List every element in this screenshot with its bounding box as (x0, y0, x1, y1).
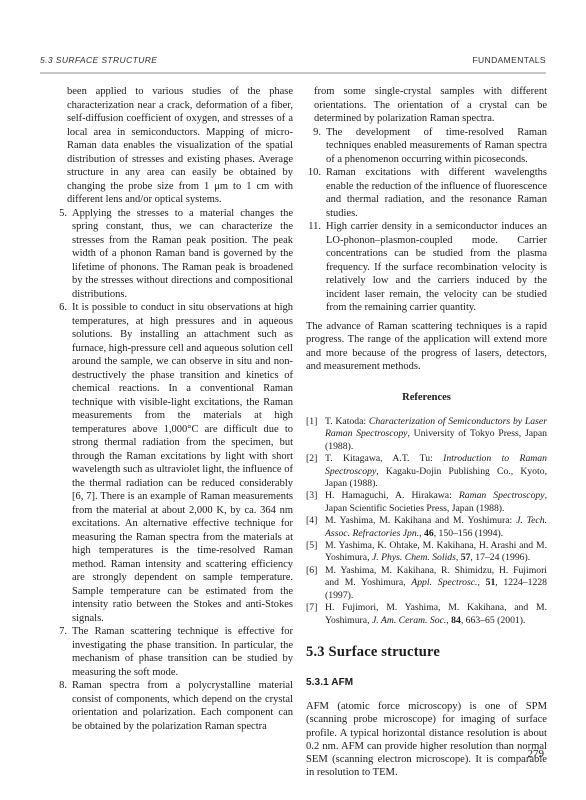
list-item-8: 8. Raman spectra from a polycrystalline … (55, 679, 293, 733)
reference-text: H. Fujimori, M. Yashima, M. Kakihana, an… (325, 602, 547, 627)
section-heading: 5.3 Surface structure (306, 646, 547, 660)
subsection-heading: 5.3.1 AFM (306, 676, 547, 690)
reference-text: T. Kitagawa, A.T. Tu: Introduction to Ra… (325, 453, 547, 490)
list-item-text: High carrier density in a semiconductor … (326, 220, 547, 315)
reference-text: M. Yashima, M. Kakihana and M. Yoshimura… (325, 515, 547, 540)
item8-continuation-paragraph: from some single-crystal samples with di… (314, 85, 547, 126)
list-item-text: The Raman scattering technique is effect… (72, 625, 293, 679)
reference-label: [3] (306, 490, 325, 515)
running-header: 5.3 SURFACE STRUCTURE FUNDAMENTALS (40, 55, 546, 74)
reference-label: [1] (306, 416, 325, 453)
closing-paragraph: The advance of Raman scattering techniqu… (306, 320, 547, 374)
reference-item-2: [2] T. Kitagawa, A.T. Tu: Introduction t… (306, 453, 547, 490)
afm-paragraph: AFM (atomic force microscopy) is one of … (306, 700, 547, 780)
reference-text: H. Hamaguchi, A. Hirakawa: Raman Spectro… (325, 490, 547, 515)
list-item-6: 6. It is possible to conduct in situ obs… (55, 301, 293, 625)
header-left-label: 5.3 SURFACE STRUCTURE (40, 55, 157, 65)
list-item-text: Raman excitations with different wavelen… (326, 166, 547, 220)
list-item-number: 7. (55, 625, 72, 679)
header-right-label: FUNDAMENTALS (472, 55, 546, 65)
list-item-11: 11. High carrier density in a semiconduc… (306, 220, 547, 315)
reference-item-7: [7] H. Fujimori, M. Yashima, M. Kakihana… (306, 602, 547, 627)
list-item-number: 8. (55, 679, 72, 733)
reference-label: [4] (306, 515, 325, 540)
list-item-text: The development of time-resolved Raman t… (326, 126, 547, 167)
reference-item-3: [3] H. Hamaguchi, A. Hirakawa: Raman Spe… (306, 490, 547, 515)
list-item-text: It is possible to conduct in situ observ… (72, 301, 293, 625)
list-item-10: 10. Raman excitations with different wav… (306, 166, 547, 220)
reference-label: [2] (306, 453, 325, 490)
right-column: from some single-crystal samples with di… (306, 85, 547, 780)
list-item-text: Applying the stresses to a material chan… (72, 207, 293, 302)
list-item-number: 9. (306, 126, 326, 167)
list-item-number: 11. (306, 220, 326, 315)
book-page: 5.3 SURFACE STRUCTURE FUNDAMENTALS been … (0, 0, 586, 800)
reference-label: [6] (306, 565, 325, 602)
reference-item-4: [4] M. Yashima, M. Kakihana and M. Yoshi… (306, 515, 547, 540)
reference-label: [7] (306, 602, 325, 627)
list-item-9: 9. The development of time-resolved Rama… (306, 126, 547, 167)
references-heading: References (306, 391, 547, 405)
two-column-body: been applied to various studies of the p… (55, 85, 547, 780)
list-item-7: 7. The Raman scattering technique is eff… (55, 625, 293, 679)
reference-text: M. Yashima, K. Ohtake, M. Kakihana, H. A… (325, 540, 547, 565)
list-item-number: 10. (306, 166, 326, 220)
page-number: 279 (528, 748, 545, 760)
left-column: been applied to various studies of the p… (55, 85, 293, 780)
list-item-number: 6. (55, 301, 72, 625)
list-item-number: 5. (55, 207, 72, 302)
reference-label: [5] (306, 540, 325, 565)
reference-text: T. Katoda: Characterization of Semicondu… (325, 416, 547, 453)
reference-item-6: [6] M. Yashima, M. Kakihana, R. Shimidzu… (306, 565, 547, 602)
list-item-text: Raman spectra from a polycrystalline mat… (72, 679, 293, 733)
reference-text: M. Yashima, M. Kakihana, R. Shimidzu, H.… (325, 565, 547, 602)
item4-continuation-paragraph: been applied to various studies of the p… (67, 85, 293, 207)
list-item-5: 5. Applying the stresses to a material c… (55, 207, 293, 302)
reference-item-1: [1] T. Katoda: Characterization of Semic… (306, 416, 547, 453)
reference-item-5: [5] M. Yashima, K. Ohtake, M. Kakihana, … (306, 540, 547, 565)
